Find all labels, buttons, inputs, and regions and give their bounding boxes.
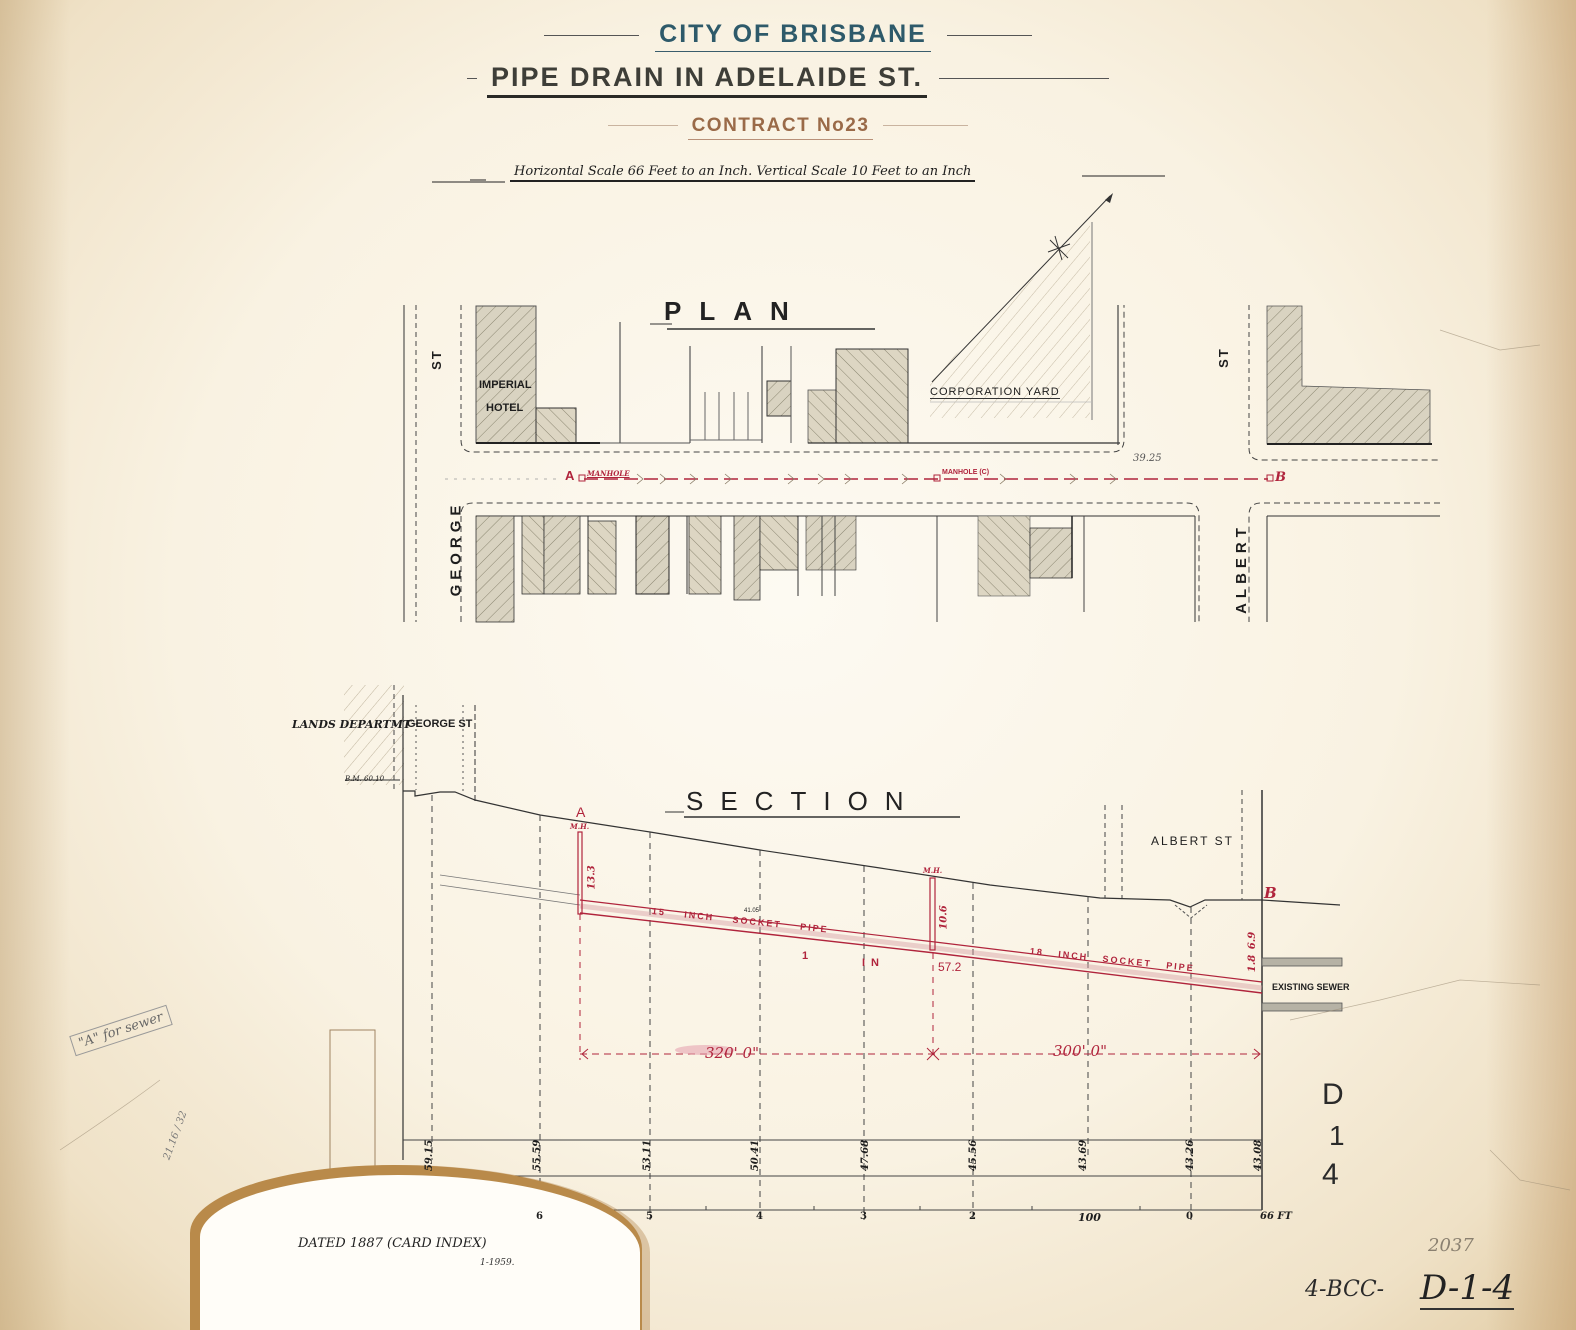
invert-mid-label: 57.2 [938,960,961,974]
dated-note: DATED 1887 (CARD INDEX) [298,1236,487,1251]
scale-tick-label: 66 FT [1260,1211,1292,1222]
gradient-one-label: 1 [802,950,808,962]
paper-cracks [60,330,1570,1190]
manhole-a-marker [579,475,585,481]
manhole-a-label: MANHOLE [587,469,630,478]
imperial-hotel-label-1: IMPERIAL [479,379,532,391]
depth-b2-label: 1.8 [1247,955,1258,972]
pencil-number: 2037 [1428,1235,1474,1256]
catalogue-prefix: 4-BCC- [1305,1277,1384,1302]
depth-a-label: 13.3 [587,865,598,889]
scale-tick-label: 100 [1078,1211,1101,1224]
scale-tick-label: 6 [536,1211,543,1222]
section-point-b: B [1264,884,1277,902]
existing-sewer-label: EXISTING SEWER [1272,982,1350,992]
sheet-code-number-2: 4 [1322,1158,1339,1192]
scale-rule-lines [432,176,1165,182]
manhole-c-label: MANHOLE (C) [942,469,989,476]
dimension-320-label: 320' 0" [705,1044,759,1062]
level-value: 53.11 [642,1140,653,1171]
level-value: 43.26 [1185,1140,1196,1171]
lands-department-label: LANDS DEPARTMT [292,718,411,731]
scale-tick-label: 2 [969,1211,976,1222]
section-point-a: A [576,804,585,820]
depth-c-label: 10.6 [939,905,950,929]
manhole-a-section-label: M.H. [570,822,589,831]
chainage-lines [432,790,1242,1220]
plan-view [404,193,1440,622]
manhole-c-marker [934,475,940,481]
scale-bar-ticks [594,1206,1140,1210]
existing-sewer-bottom [1262,1003,1342,1011]
depth-b1-label: 6.9 [1247,932,1258,949]
corporation-yard-label: CORPORATION YARD [930,386,1060,399]
plan-point-a: A [565,468,574,483]
existing-sewer-top [1262,958,1342,966]
scale-tick-label: 4 [756,1211,763,1222]
plan-heading: PLAN [664,296,807,327]
dimension-300-label: 300' 0" [1053,1042,1107,1060]
albert-st-section-label: ALBERT ST [1151,834,1234,848]
george-st-top-label: ST [429,349,444,370]
manhole-c-section-label: M.H. [923,866,942,875]
sheet-code-letter: D [1322,1078,1344,1112]
catalogue-code: D-1-4 [1420,1268,1514,1310]
level-value: 43.69 [1078,1140,1089,1171]
invert-small-label: 41.05 [744,908,759,914]
scale-tick-label: 0 [1186,1211,1193,1222]
level-value: 50.41 [750,1140,761,1171]
manhole-a-shaft [578,832,582,914]
level-mark-label: 39.25 [1133,453,1162,464]
albert-street-label: ALBERT [1233,523,1250,614]
level-value: 47.68 [860,1140,871,1171]
section-heading: SECTION [686,786,921,817]
north-arrow-head [1105,193,1113,203]
george-st-section-label: GEORGE ST [407,718,472,730]
benchmark-label: B.M. 60.10 [345,775,384,783]
albert-st-top-label: ST [1216,347,1231,368]
gradient-in-label: IN [862,957,885,969]
scale-tick-label: 3 [860,1211,867,1222]
imperial-hotel-building [476,306,536,443]
scale-tick-label: 5 [646,1211,653,1222]
level-value: 45.56 [968,1140,979,1171]
plan-point-b: B [1275,470,1286,485]
imperial-hotel-label-2: HOTEL [486,402,523,414]
george-street-label: GEORGE [447,501,464,597]
level-value: 43.08 [1253,1140,1264,1171]
pipe-invert [580,913,1262,993]
sheet-code-number-1: 1 [1329,1120,1345,1152]
initials-note: 1-1959. [480,1258,515,1268]
manhole-c-shaft [930,878,935,950]
dimension-line [580,914,1262,1060]
level-value: 55.59 [532,1140,543,1171]
level-value: 59.15 [424,1140,435,1171]
